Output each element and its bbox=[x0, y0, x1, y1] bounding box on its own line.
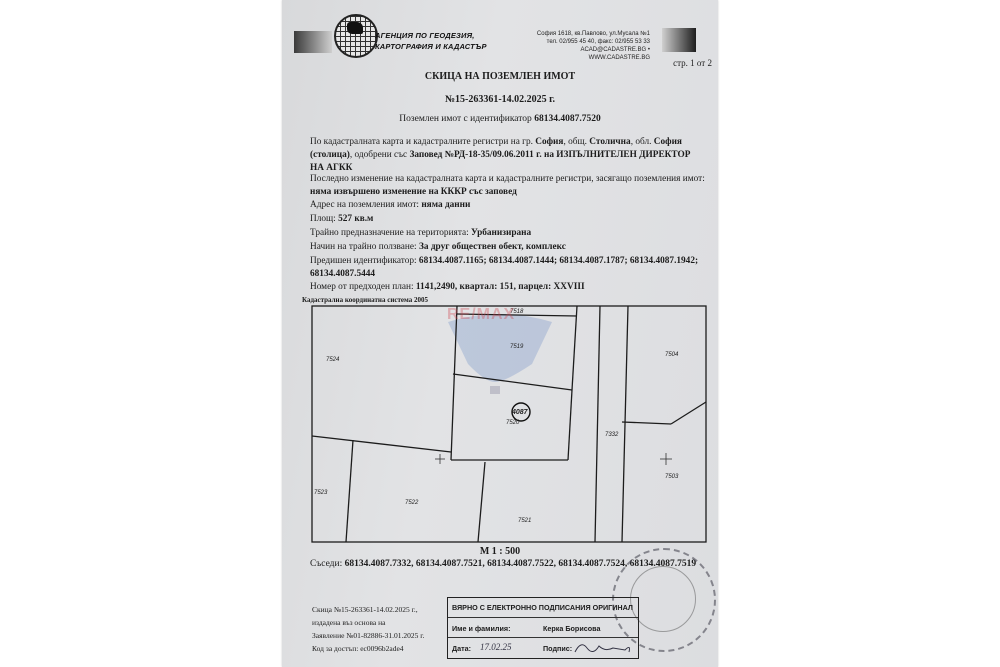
address: Адрес на поземления имот: няма данни bbox=[310, 199, 705, 212]
header-gradient-bar-right bbox=[662, 28, 696, 52]
neighbors-label: Съседи: bbox=[310, 559, 345, 569]
official-stamp-inner-icon bbox=[630, 566, 696, 632]
contact-address: София 1618, кв.Павлово, ул.Мусала №1 bbox=[530, 30, 650, 38]
signature-icon bbox=[573, 638, 635, 658]
contact-email-web: ACAD@CADASTRE.BG • WWW.CADASTRE.BG bbox=[530, 46, 650, 62]
parcel-label: 7523 bbox=[314, 490, 328, 496]
agency-contact: София 1618, кв.Павлово, ул.Мусала №1 тел… bbox=[530, 30, 650, 62]
parcel-label: 7503 bbox=[665, 474, 679, 480]
parcel-label: 7524 bbox=[326, 357, 340, 363]
purpose-value: Урбанизирана bbox=[471, 228, 531, 238]
purpose-label: Трайно предназначение на територията: bbox=[310, 228, 471, 238]
header-gradient-bar-left bbox=[294, 31, 332, 53]
remax-watermark: RE/MAX bbox=[447, 306, 515, 324]
identifier-value: 68134.4087.7520 bbox=[534, 114, 601, 124]
last-change: Последно изменение на кадастралната карт… bbox=[310, 173, 705, 199]
verification-date-row: Дата: 17.02.25 Подпис: bbox=[448, 638, 638, 658]
last-change-value: няма извършено изменение на КККР със зап… bbox=[310, 187, 517, 197]
document-title: СКИЦА НА ПОЗЕМЛЕН ИМОТ bbox=[282, 71, 718, 82]
previous-plan-value: 1141,2490, квартал: 151, парцел: XXVIII bbox=[416, 282, 585, 292]
document-page: АГЕНЦИЯ ПО ГЕОДЕЗИЯ, КАРТОГРАФИЯ И КАДАС… bbox=[282, 0, 718, 667]
sketch-number: Скица №15-263361-14.02.2025 г., bbox=[312, 603, 424, 616]
document-number: №15-263361-14.02.2025 г. bbox=[282, 94, 718, 105]
parcel-label: 7522 bbox=[405, 500, 419, 506]
agency-globe-logo-icon bbox=[334, 14, 378, 58]
parcel-label: 7332 bbox=[605, 432, 619, 438]
issuance-info: Скица №15-263361-14.02.2025 г., издадена… bbox=[312, 603, 424, 655]
agency-name-line2: КАРТОГРАФИЯ И КАДАСТЪР bbox=[375, 41, 487, 52]
cadastral-register-info: По кадастралната карта и кадастралните р… bbox=[310, 136, 705, 175]
usage-method: Начин на трайно ползване: За друг общест… bbox=[310, 241, 705, 254]
signature-label: Подпис: bbox=[543, 644, 572, 653]
last-change-label: Последно изменение на кадастралната карт… bbox=[310, 174, 705, 184]
verification-box: ВЯРНО С ЕЛЕКТРОННО ПОДПИСАНИЯ ОРИГИНАЛ И… bbox=[447, 597, 639, 659]
agency-name: АГЕНЦИЯ ПО ГЕОДЕЗИЯ, КАРТОГРАФИЯ И КАДАС… bbox=[375, 30, 487, 52]
agency-name-line1: АГЕНЦИЯ ПО ГЕОДЕЗИЯ, bbox=[375, 30, 487, 41]
parcel-label: 7520 bbox=[506, 420, 520, 426]
previous-identifier: Предишен идентификатор: 68134.4087.1165;… bbox=[310, 255, 705, 281]
parcel-label: 7521 bbox=[518, 518, 531, 524]
issued-based-on: издадена въз основа на bbox=[312, 616, 424, 629]
survey-crosshair-icon bbox=[435, 453, 672, 465]
page-number: стр. 1 от 2 bbox=[673, 58, 712, 68]
area: Площ: 527 кв.м bbox=[310, 213, 705, 226]
parcel-label: 7504 bbox=[665, 352, 679, 358]
remax-balloon-watermark-icon bbox=[448, 314, 552, 382]
identifier-label: Поземлен имот с идентификатор bbox=[399, 114, 534, 124]
usage-label: Начин на трайно ползване: bbox=[310, 242, 419, 252]
verification-title: ВЯРНО С ЕЛЕКТРОННО ПОДПИСАНИЯ ОРИГИНАЛ bbox=[452, 603, 633, 612]
verification-name-row: Име и фамилия: Керка Борисова bbox=[448, 618, 638, 638]
text: , обл. bbox=[631, 137, 654, 147]
text: По кадастралната карта и кадастралните р… bbox=[310, 137, 535, 147]
usage-value: За друг обществен обект, комплекс bbox=[419, 242, 566, 252]
quarter-label: 4087 bbox=[511, 409, 529, 416]
text: , общ. bbox=[563, 137, 589, 147]
application-number: Заявление №01-82886-31.01.2025 г. bbox=[312, 629, 424, 642]
territory-purpose: Трайно предназначение на територията: Ур… bbox=[310, 227, 705, 240]
text: , одобрени със bbox=[350, 150, 410, 160]
area-label: Площ: bbox=[310, 214, 338, 224]
cadastral-map: 4087 7518 7519 7520 7524 7523 7522 7521 … bbox=[310, 304, 707, 544]
previous-plan-label: Номер от предходен план: bbox=[310, 282, 416, 292]
name-value: Керка Борисова bbox=[543, 624, 600, 633]
previous-identifier-label: Предишен идентификатор: bbox=[310, 256, 419, 266]
parcel-label: 7519 bbox=[510, 344, 524, 350]
municipality: Столична bbox=[589, 137, 630, 147]
date-value: 17.02.25 bbox=[480, 642, 512, 652]
area-value: 527 кв.м bbox=[338, 214, 373, 224]
property-identifier: Поземлен имот с идентификатор 68134.4087… bbox=[282, 114, 718, 124]
map-coordinate-system: Кадастрална координатна система 2005 bbox=[302, 296, 428, 304]
verification-title-row: ВЯРНО С ЕЛЕКТРОННО ПОДПИСАНИЯ ОРИГИНАЛ bbox=[448, 598, 638, 618]
balloon-basket-icon bbox=[490, 386, 500, 394]
address-value: няма данни bbox=[421, 200, 470, 210]
date-label: Дата: bbox=[452, 644, 471, 653]
city: София bbox=[535, 137, 563, 147]
bulgaria-map-icon bbox=[347, 22, 363, 34]
previous-plan-number: Номер от предходен план: 1141,2490, квар… bbox=[310, 281, 705, 294]
contact-phone: тел. 02/955 45 40, факс: 02/955 53 33 bbox=[530, 38, 650, 46]
address-label: Адрес на поземления имот: bbox=[310, 200, 421, 210]
name-label: Име и фамилия: bbox=[452, 624, 511, 633]
access-code: Код за достъп: ec0096b2ade4 bbox=[312, 642, 424, 655]
